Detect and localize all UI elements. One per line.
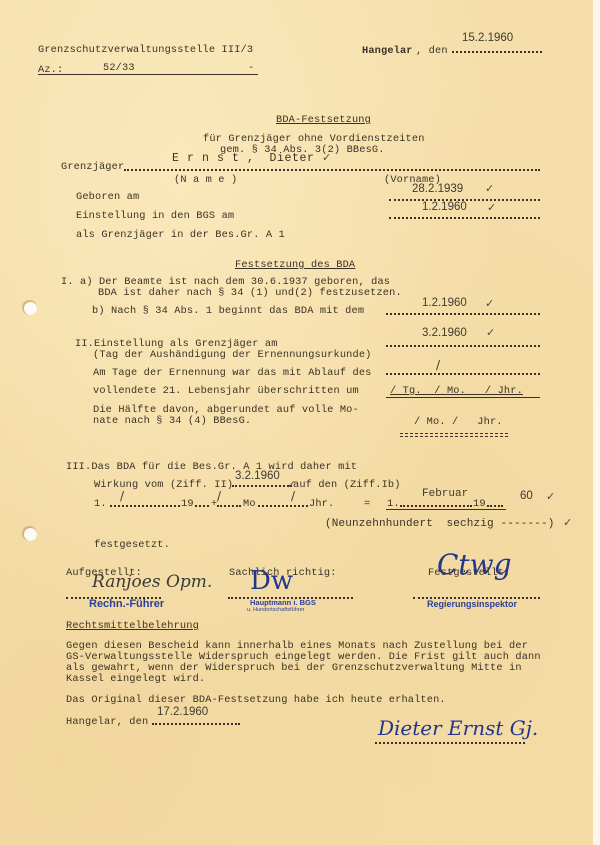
paper-edge xyxy=(593,0,600,845)
section-iii-line2-b: auf den (Ziff.Ib) xyxy=(293,479,401,491)
result-month-fill xyxy=(400,502,472,507)
birth-date: 28.2.1939 xyxy=(412,183,463,195)
receipt-signature: Dieter Ernst Gj. xyxy=(378,716,538,740)
section-ii-line3-fill xyxy=(386,370,540,375)
section-ii-line3: Am Tage der Ernennung war das mit Ablauf… xyxy=(93,367,371,379)
slash-mark: / xyxy=(120,489,124,503)
check-mark-icon: ✓ xyxy=(322,151,331,164)
rechtsmittel-line4: Kassel eingelegt wird. xyxy=(66,673,205,685)
header-place-suffix: , den xyxy=(416,45,448,57)
check-mark-icon: ✓ xyxy=(485,182,494,195)
grade-label: als Grenzjäger in der Bes.Gr. A 1 xyxy=(76,229,285,241)
section-i-b-line: b) Nach § 34 Abs. 1 beginnt das BDA mit … xyxy=(92,305,364,317)
punch-hole xyxy=(24,528,37,541)
aufgestellt-signature: Ranjoes Opm. xyxy=(92,572,212,592)
rechtsmittel-heading: Rechtsmittelbelehrung xyxy=(66,620,199,632)
check-mark-icon: ✓ xyxy=(563,516,572,529)
sachlich-stamp: Hauptmann i. BGS xyxy=(250,598,316,607)
festgestellt-stamp: Regierungsinspektor xyxy=(427,599,517,609)
result-underline xyxy=(386,509,506,510)
result-year-fill xyxy=(487,502,503,507)
section-iii-line3-fill xyxy=(258,502,308,507)
section-i-b-line-fill xyxy=(386,310,540,315)
section-heading: Festsetzung des BDA xyxy=(235,259,355,271)
sachlich-stamp-sub: u. Hundertschaftsführer xyxy=(247,607,304,613)
section-ii-units1-line xyxy=(386,397,540,398)
receipt-date: 17.2.1960 xyxy=(157,706,208,718)
header-date: 15.2.1960 xyxy=(462,32,513,44)
result-words: (Neunzehnhundert sechzig -------) xyxy=(325,518,555,530)
document-page: Grenzschutzverwaltungsstelle III/3 Az.: … xyxy=(0,0,593,845)
header-place: Hangelar xyxy=(362,45,413,57)
receipt-place: Hangelar, den xyxy=(66,716,148,728)
section-i-a-line2: BDA ist daher nach § 34 (1) und(2) festz… xyxy=(98,287,402,299)
receipt-text: Das Original dieser BDA-Festsetzung habe… xyxy=(66,694,446,706)
sachlich-signature: Dw xyxy=(250,566,293,596)
name-caption: (N a m e ) xyxy=(174,174,237,186)
result-year: 60 xyxy=(520,490,533,502)
az-suffix: - xyxy=(248,62,254,74)
section-iii-line3-fill xyxy=(195,502,209,507)
name-line xyxy=(124,166,540,171)
section-i-b-date: 1.2.1960 xyxy=(422,297,467,309)
section-ii-units2-line xyxy=(400,433,508,437)
section-ii-date-line xyxy=(386,342,540,347)
header-date-line xyxy=(452,48,542,53)
section-iii-closing: festgesetzt. xyxy=(94,539,170,551)
section-ii-units2: / Mo. / Jhr. xyxy=(414,416,503,428)
section-ii-line6: nate nach § 34 (4) BBesG. xyxy=(93,415,251,427)
section-ii-line2: (Tag der Aushändigung der Ernennungsurku… xyxy=(93,349,371,361)
rank-label: Grenzjäger xyxy=(61,161,124,173)
section-iii-line1: III.Das BDA für die Bes.Gr. A 1 wird dah… xyxy=(66,461,357,473)
birth-label: Geboren am xyxy=(76,191,139,203)
section-ii-units1: / Tg. / Mo. / Jhr. xyxy=(390,385,523,397)
entry-date-line xyxy=(389,214,540,219)
festgestellt-signature: Ctwg xyxy=(437,548,512,581)
section-iii-line2-a: Wirkung vom (Ziff. II) xyxy=(94,479,233,491)
section-iii-line3-19: 19 xyxy=(181,498,194,510)
slash-mark: / xyxy=(217,489,221,503)
section-iii-line3-mo: Mo xyxy=(243,498,256,510)
check-mark-icon: ✓ xyxy=(546,490,555,503)
aufgestellt-stamp: Rechn.-Führer xyxy=(89,598,164,610)
section-iii-line3-eq: = xyxy=(364,498,370,510)
entry-label: Einstellung in den BGS am xyxy=(76,210,234,222)
document-title: BDA-Festsetzung xyxy=(276,114,371,126)
az-value: 52/33 xyxy=(103,62,135,74)
entry-date: 1.2.1960 xyxy=(422,201,467,213)
section-iii-line2-date: 3.2.1960 xyxy=(235,470,280,482)
section-iii-line3-fill xyxy=(217,502,241,507)
office-name: Grenzschutzverwaltungsstelle III/3 xyxy=(38,44,253,56)
section-iii-line3-jhr: Jhr. xyxy=(309,498,334,510)
section-iii-line2-fill xyxy=(232,482,292,487)
section-ii-line4: vollendete 21. Lebensjahr überschritten … xyxy=(93,385,359,397)
slash-mark: / xyxy=(291,489,295,503)
section-ii-date: 3.2.1960 xyxy=(422,327,467,339)
check-mark-icon: ✓ xyxy=(487,201,496,214)
check-mark-icon: ✓ xyxy=(486,326,495,339)
receipt-signature-line xyxy=(375,739,525,744)
result-month: Februar xyxy=(422,488,468,500)
check-mark-icon: ✓ xyxy=(485,297,494,310)
punch-hole xyxy=(24,302,37,315)
receipt-date-line xyxy=(152,720,240,725)
az-underline xyxy=(38,74,258,75)
person-name: E r n s t , Dieter xyxy=(172,153,315,165)
